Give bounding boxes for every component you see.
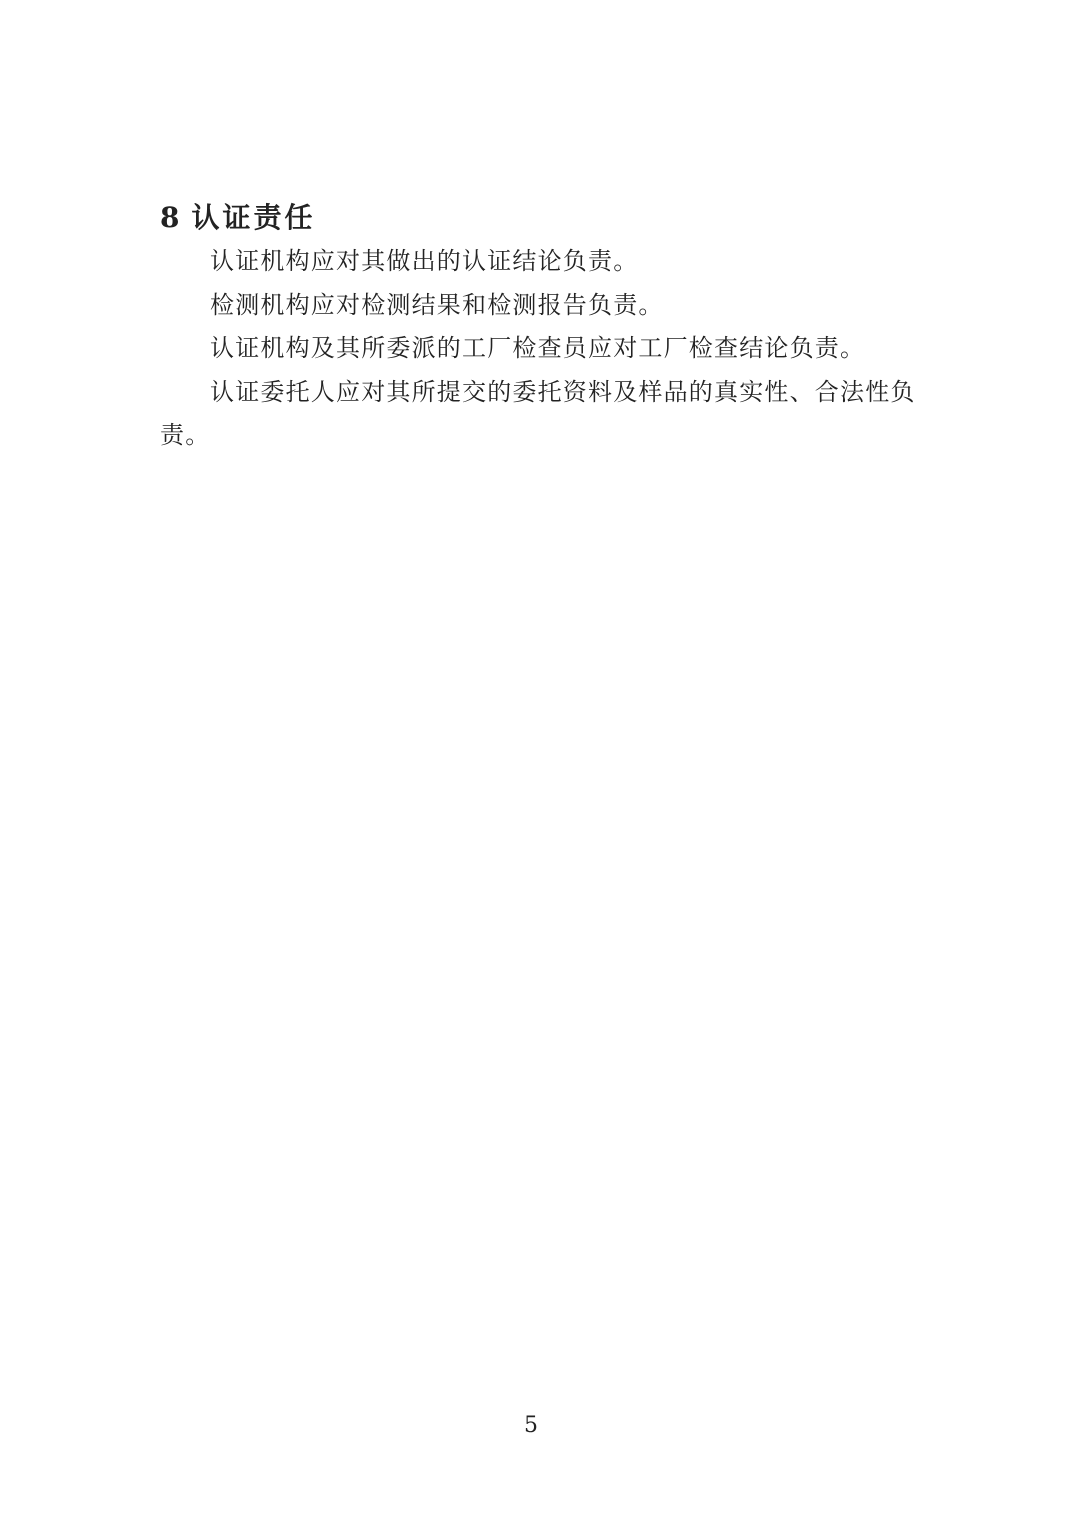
paragraph-line: 认证机构及其所委派的工厂检查员应对工厂检查结论负责。 [160, 327, 940, 371]
paragraph-line: 检测机构应对检测结果和检测报告负责。 [160, 284, 940, 328]
section-content: 8认证责任 认证机构应对其做出的认证结论负责。 检测机构应对检测结果和检测报告负… [160, 196, 940, 458]
paragraph-line: 认证委托人应对其所提交的委托资料及样品的真实性、合法性负 [160, 371, 940, 415]
section-number: 8 [160, 201, 179, 234]
section-heading: 8认证责任 [160, 196, 940, 240]
section-title: 认证责任 [191, 201, 315, 234]
page-number: 5 [0, 1412, 1062, 1440]
document-page: 8认证责任 认证机构应对其做出的认证结论负责。 检测机构应对检测结果和检测报告负… [0, 0, 1080, 1527]
paragraph-line: 认证机构应对其做出的认证结论负责。 [160, 240, 940, 284]
paragraph-line-continuation: 责。 [160, 414, 940, 458]
